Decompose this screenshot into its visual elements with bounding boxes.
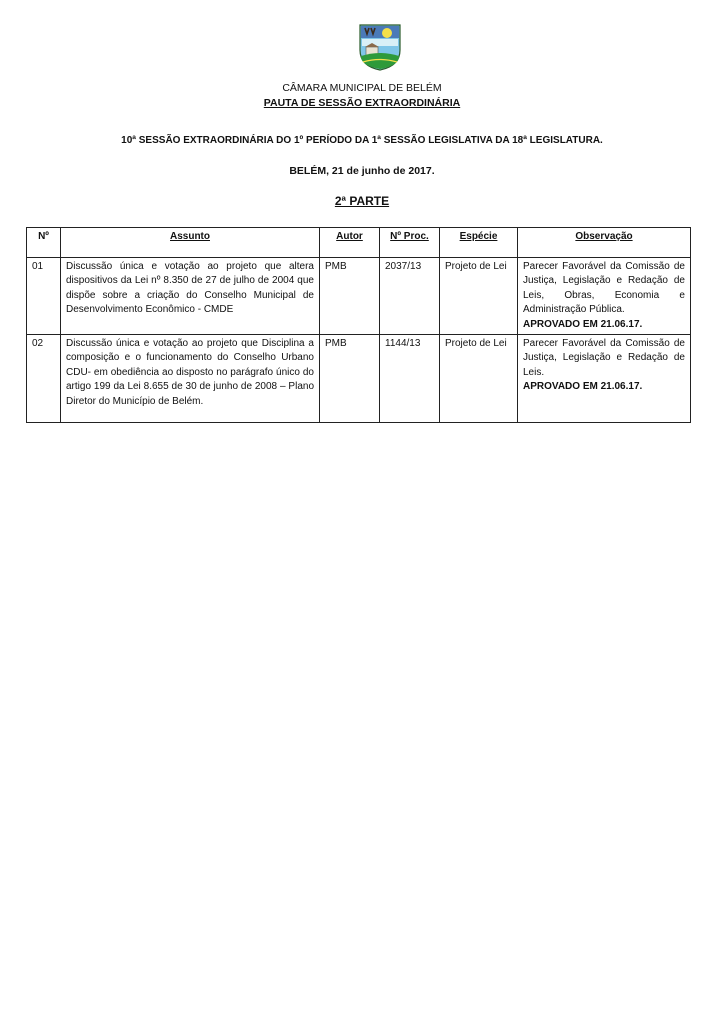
column-header-proc: Nº Proc. — [380, 228, 440, 258]
cell-autor: PMB — [320, 258, 380, 335]
observacao-text: Parecer Favorável da Comissão de Justiça… — [523, 261, 685, 315]
cell-proc: 1144/13 — [380, 335, 440, 423]
cell-especie: Projeto de Lei — [440, 258, 518, 335]
cell-num: 01 — [27, 258, 61, 335]
cell-num: 02 — [27, 335, 61, 423]
session-title: 10ª SESSÃO EXTRAORDINÁRIA DO 1º PERÍODO … — [0, 135, 724, 146]
cell-assunto: Discussão única e votação ao projeto que… — [61, 258, 320, 335]
document-title: PAUTA DE SESSÃO EXTRAORDINÁRIA — [0, 97, 724, 109]
cell-autor: PMB — [320, 335, 380, 423]
approval-status: APROVADO EM 21.06.17. — [523, 380, 685, 394]
table-header-row: Nº Assunto Autor Nº Proc. Espécie Observ… — [27, 228, 691, 258]
column-header-especie: Espécie — [440, 228, 518, 258]
column-header-observacao: Observação — [518, 228, 691, 258]
cell-especie: Projeto de Lei — [440, 335, 518, 423]
column-header-assunto: Assunto — [61, 228, 320, 258]
cell-observacao: Parecer Favorável da Comissão de Justiça… — [518, 335, 691, 423]
approval-status: APROVADO EM 21.06.17. — [523, 318, 685, 332]
agenda-table: Nº Assunto Autor Nº Proc. Espécie Observ… — [26, 227, 691, 423]
cell-observacao: Parecer Favorável da Comissão de Justiça… — [518, 258, 691, 335]
session-date: BELÉM, 21 de junho de 2017. — [0, 165, 724, 177]
table-row: 01 Discussão única e votação ao projeto … — [27, 258, 691, 335]
table-row: 02 Discussão única e votação ao projeto … — [27, 335, 691, 423]
cell-assunto: Discussão única e votação ao projeto que… — [61, 335, 320, 423]
observacao-text: Parecer Favorável da Comissão de Justiça… — [523, 338, 685, 378]
institution-name: CÂMARA MUNICIPAL DE BELÉM — [0, 82, 724, 94]
column-header-autor: Autor — [320, 228, 380, 258]
cell-proc: 2037/13 — [380, 258, 440, 335]
part-heading: 2ª PARTE — [0, 194, 724, 208]
column-header-num: Nº — [27, 228, 61, 258]
coat-of-arms-icon — [357, 22, 403, 72]
